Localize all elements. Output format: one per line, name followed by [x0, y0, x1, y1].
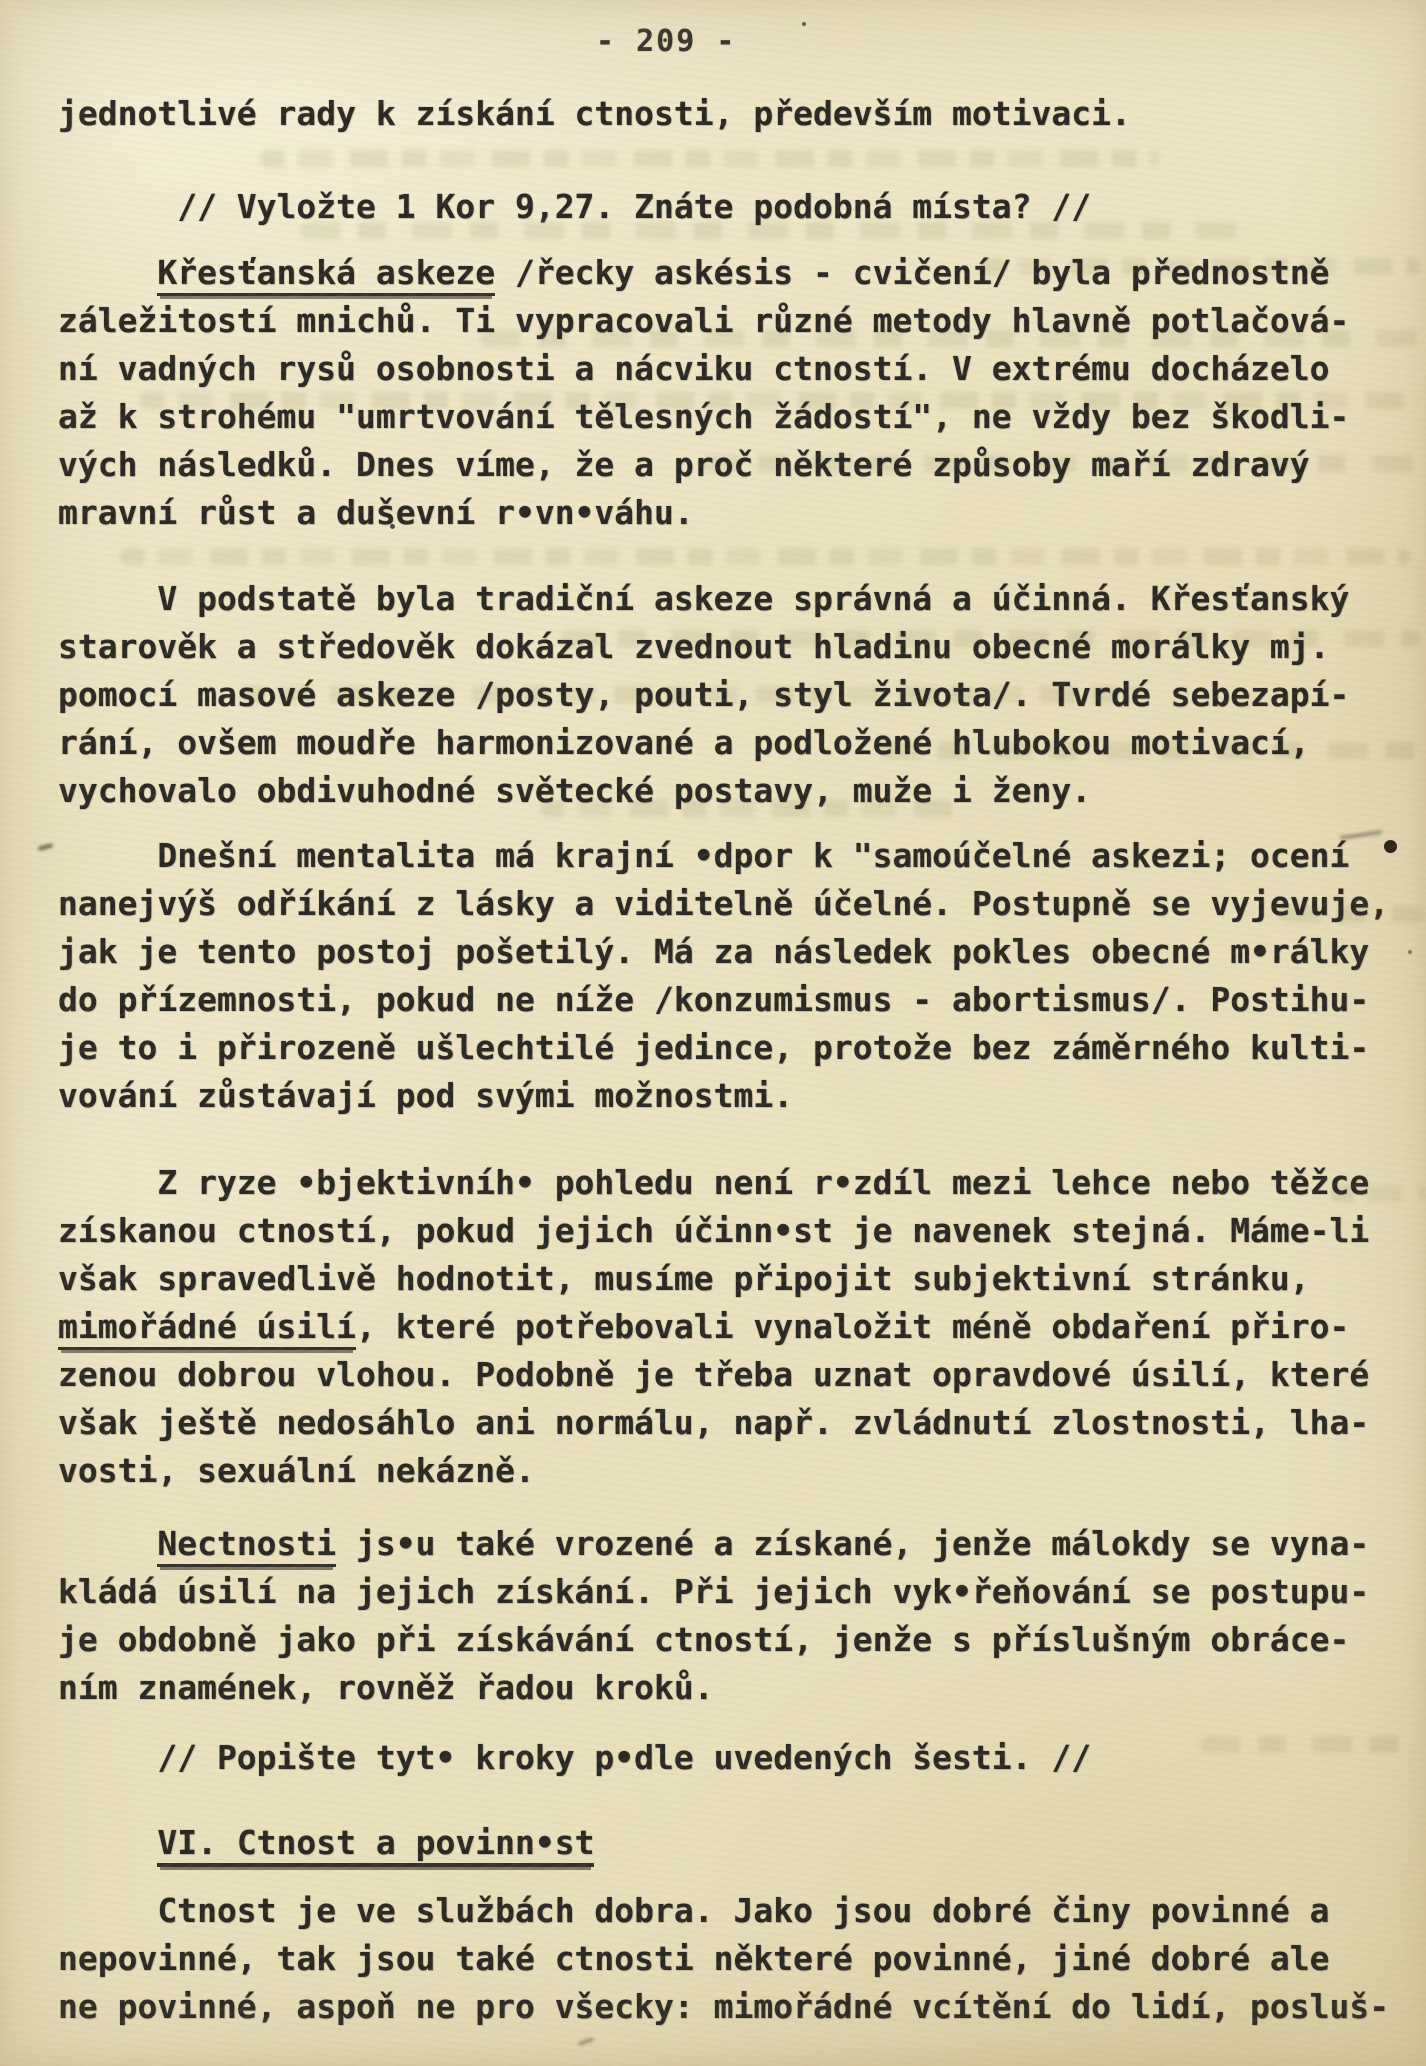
underlined-text: Nectnosti [157, 1524, 336, 1567]
paragraph-krestanska-askeze: Křesťanská askeze /řecky askésis - cviče… [58, 249, 1426, 537]
text-line: až k strohému "umrtvování tělesných žádo… [58, 393, 1426, 441]
text-segment: ne povinné, aspoň ne pro všecky: mimořád… [58, 1987, 1389, 2026]
underlined-text: mimořádné úsilí [58, 1307, 356, 1350]
text-segment: jednotlivé rady k získání ctnosti, přede… [58, 94, 1131, 133]
text-line: vých následků. Dnes víme, že a proč někt… [58, 441, 1426, 489]
text-segment: js•u také vrozené a získané, jenže málok… [336, 1524, 1369, 1563]
text-segment: Z ryze •bjektivníh• pohledu není r•zdíl … [58, 1163, 1369, 1202]
document-body: jednotlivé rady k získání ctnosti, přede… [0, 0, 1426, 2031]
text-line: vychovalo obdivuhodné světecké postavy, … [58, 767, 1426, 815]
scan-speck [1408, 950, 1412, 954]
text-segment: jak je tento postoj pošetilý. Má za násl… [58, 932, 1369, 971]
scan-speck [390, 524, 395, 529]
text-line: je obdobně jako při získávání ctností, j… [58, 1616, 1426, 1664]
text-line: záležitostí mnichů. Ti vypracovali různé… [58, 297, 1426, 345]
text-line: // Vyložte 1 Kor 9,27. Znáte podobná mís… [58, 183, 1426, 231]
text-segment: je obdobně jako při získávání ctností, j… [58, 1620, 1349, 1659]
text-segment: však spravedlivě hodnotit, musíme připoj… [58, 1259, 1310, 1298]
text-line: ne povinné, aspoň ne pro všecky: mimořád… [58, 1983, 1426, 2031]
paragraph-nectnosti: Nectnosti js•u také vrozené a získané, j… [58, 1520, 1426, 1712]
text-segment: starověk a středověk dokázal zvednout hl… [58, 627, 1330, 666]
text-line: Ctnost je ve službách dobra. Jako jsou d… [58, 1887, 1426, 1935]
paragraph-tradicni-askeze: V podstatě byla tradiční askeze správná … [58, 575, 1426, 815]
text-segment: mravní růst a duševní r•vn•váhu. [58, 493, 694, 532]
underlined-text: Křesťanská askeze [157, 253, 495, 296]
text-line: Z ryze •bjektivníh• pohledu není r•zdíl … [58, 1159, 1426, 1207]
text-segment: , které potřebovali vynaložit méně obdař… [356, 1307, 1349, 1346]
text-segment: /řecky askésis - cvičení/ byla přednostn… [495, 253, 1329, 292]
text-segment: vých následků. Dnes víme, že a proč někt… [58, 445, 1310, 484]
text-line: však spravedlivě hodnotit, musíme připoj… [58, 1255, 1426, 1303]
text-segment: však ještě nedosáhlo ani normálu, např. … [58, 1403, 1369, 1442]
text-segment: // Vyložte 1 Kor 9,27. Znáte podobná mís… [58, 187, 1091, 226]
text-segment: vychovalo obdivuhodné světecké postavy, … [58, 771, 1091, 810]
paragraph-ctnost-sluzba-dobra: Ctnost je ve službách dobra. Jako jsou d… [58, 1887, 1426, 2031]
text-segment: je to i přirozeně ušlechtilé jedince, pr… [58, 1028, 1369, 1067]
scan-speck [578, 2038, 594, 2046]
heading-vi-ctnost-a-povinnost: VI. Ctnost a povinn•st [58, 1819, 1426, 1867]
text-segment: nanejvýš odříkání z lásky a viditelně úč… [58, 884, 1389, 923]
text-line: vosti, sexuální nekázně. [58, 1447, 1426, 1495]
text-line: však ještě nedosáhlo ani normálu, např. … [58, 1399, 1426, 1447]
text-segment [58, 1524, 157, 1563]
text-line: do přízemnosti, pokud ne níže /konzumism… [58, 976, 1426, 1024]
text-line: // Popište tyt• kroky p•dle uvedených še… [58, 1734, 1426, 1782]
text-segment: rání, ovšem moudře harmonizované a podlo… [58, 723, 1310, 762]
text-line: rání, ovšem moudře harmonizované a podlo… [58, 719, 1426, 767]
text-line: jak je tento postoj pošetilý. Má za násl… [58, 928, 1426, 976]
text-segment: získanou ctností, pokud jejich účinn•st … [58, 1211, 1369, 1250]
text-segment: Dnešní mentalita má krajní •dpor k "samo… [58, 836, 1349, 875]
text-line: kládá úsilí na jejich získání. Při jejic… [58, 1568, 1426, 1616]
text-line: nanejvýš odříkání z lásky a viditelně úč… [58, 880, 1426, 928]
text-line: V podstatě byla tradiční askeze správná … [58, 575, 1426, 623]
text-line: jednotlivé rady k získání ctnosti, přede… [58, 90, 1426, 138]
text-segment: až k strohému "umrtvování tělesných žádo… [58, 397, 1349, 436]
text-line: Dnešní mentalita má krajní •dpor k "samo… [58, 832, 1426, 880]
ink-blot [1384, 840, 1397, 853]
text-line: Nectnosti js•u také vrozené a získané, j… [58, 1520, 1426, 1568]
text-line: vování zůstávají pod svými možnostmi. [58, 1072, 1426, 1120]
text-line: pomocí masové askeze /posty, pouti, styl… [58, 671, 1426, 719]
text-segment: zenou dobrou vlohou. Podobně je třeba uz… [58, 1355, 1369, 1394]
page-number: - 209 - [596, 24, 736, 59]
text-line: Křesťanská askeze /řecky askésis - cviče… [58, 249, 1426, 297]
paragraph-objektivni-pohled: Z ryze •bjektivníh• pohledu není r•zdíl … [58, 1159, 1426, 1495]
text-segment: ní vadných rysů osobnosti a nácviku ctno… [58, 349, 1330, 388]
text-segment: Ctnost je ve službách dobra. Jako jsou d… [58, 1891, 1330, 1930]
text-line: mimořádné úsilí, které potřebovali vynal… [58, 1303, 1426, 1351]
text-segment: nepovinné, tak jsou také ctnosti některé… [58, 1939, 1330, 1978]
text-segment: do přízemnosti, pokud ne níže /konzumism… [58, 980, 1369, 1019]
text-segment [58, 1823, 157, 1862]
text-segment: vosti, sexuální nekázně. [58, 1451, 535, 1490]
text-segment: ním znamének, rovněž řadou kroků. [58, 1668, 714, 1707]
text-line: mravní růst a duševní r•vn•váhu. [58, 489, 1426, 537]
text-line: nepovinné, tak jsou také ctnosti některé… [58, 1935, 1426, 1983]
text-segment [58, 253, 157, 292]
text-segment: záležitostí mnichů. Ti vypracovali různé… [58, 301, 1349, 340]
question-1-kor: // Vyložte 1 Kor 9,27. Znáte podobná mís… [58, 183, 1426, 231]
text-segment: kládá úsilí na jejich získání. Při jejic… [58, 1572, 1369, 1611]
text-segment: // Popište tyt• kroky p•dle uvedených še… [58, 1738, 1091, 1777]
text-line: VI. Ctnost a povinn•st [58, 1819, 1426, 1867]
text-line: získanou ctností, pokud jejich účinn•st … [58, 1207, 1426, 1255]
text-line: ní vadných rysů osobnosti a nácviku ctno… [58, 345, 1426, 393]
text-line: ním znamének, rovněž řadou kroků. [58, 1664, 1426, 1712]
text-segment: V podstatě byla tradiční askeze správná … [58, 579, 1349, 618]
question-2-kroky: // Popište tyt• kroky p•dle uvedených še… [58, 1734, 1426, 1782]
text-line: starověk a středověk dokázal zvednout hl… [58, 623, 1426, 671]
text-segment: pomocí masové askeze /posty, pouti, styl… [58, 675, 1349, 714]
paragraph-dnesni-mentalita: Dnešní mentalita má krajní •dpor k "samo… [58, 832, 1426, 1120]
text-segment: vování zůstávají pod svými možnostmi. [58, 1076, 793, 1115]
intro-line: jednotlivé rady k získání ctnosti, přede… [58, 90, 1426, 138]
scanned-typewritten-page: { "page": { "number_label": "- 209 -", "… [0, 0, 1426, 2066]
scan-speck [802, 22, 806, 26]
text-line: je to i přirozeně ušlechtilé jedince, pr… [58, 1024, 1426, 1072]
underlined-text: VI. Ctnost a povinn•st [157, 1823, 594, 1867]
text-line: zenou dobrou vlohou. Podobně je třeba uz… [58, 1351, 1426, 1399]
